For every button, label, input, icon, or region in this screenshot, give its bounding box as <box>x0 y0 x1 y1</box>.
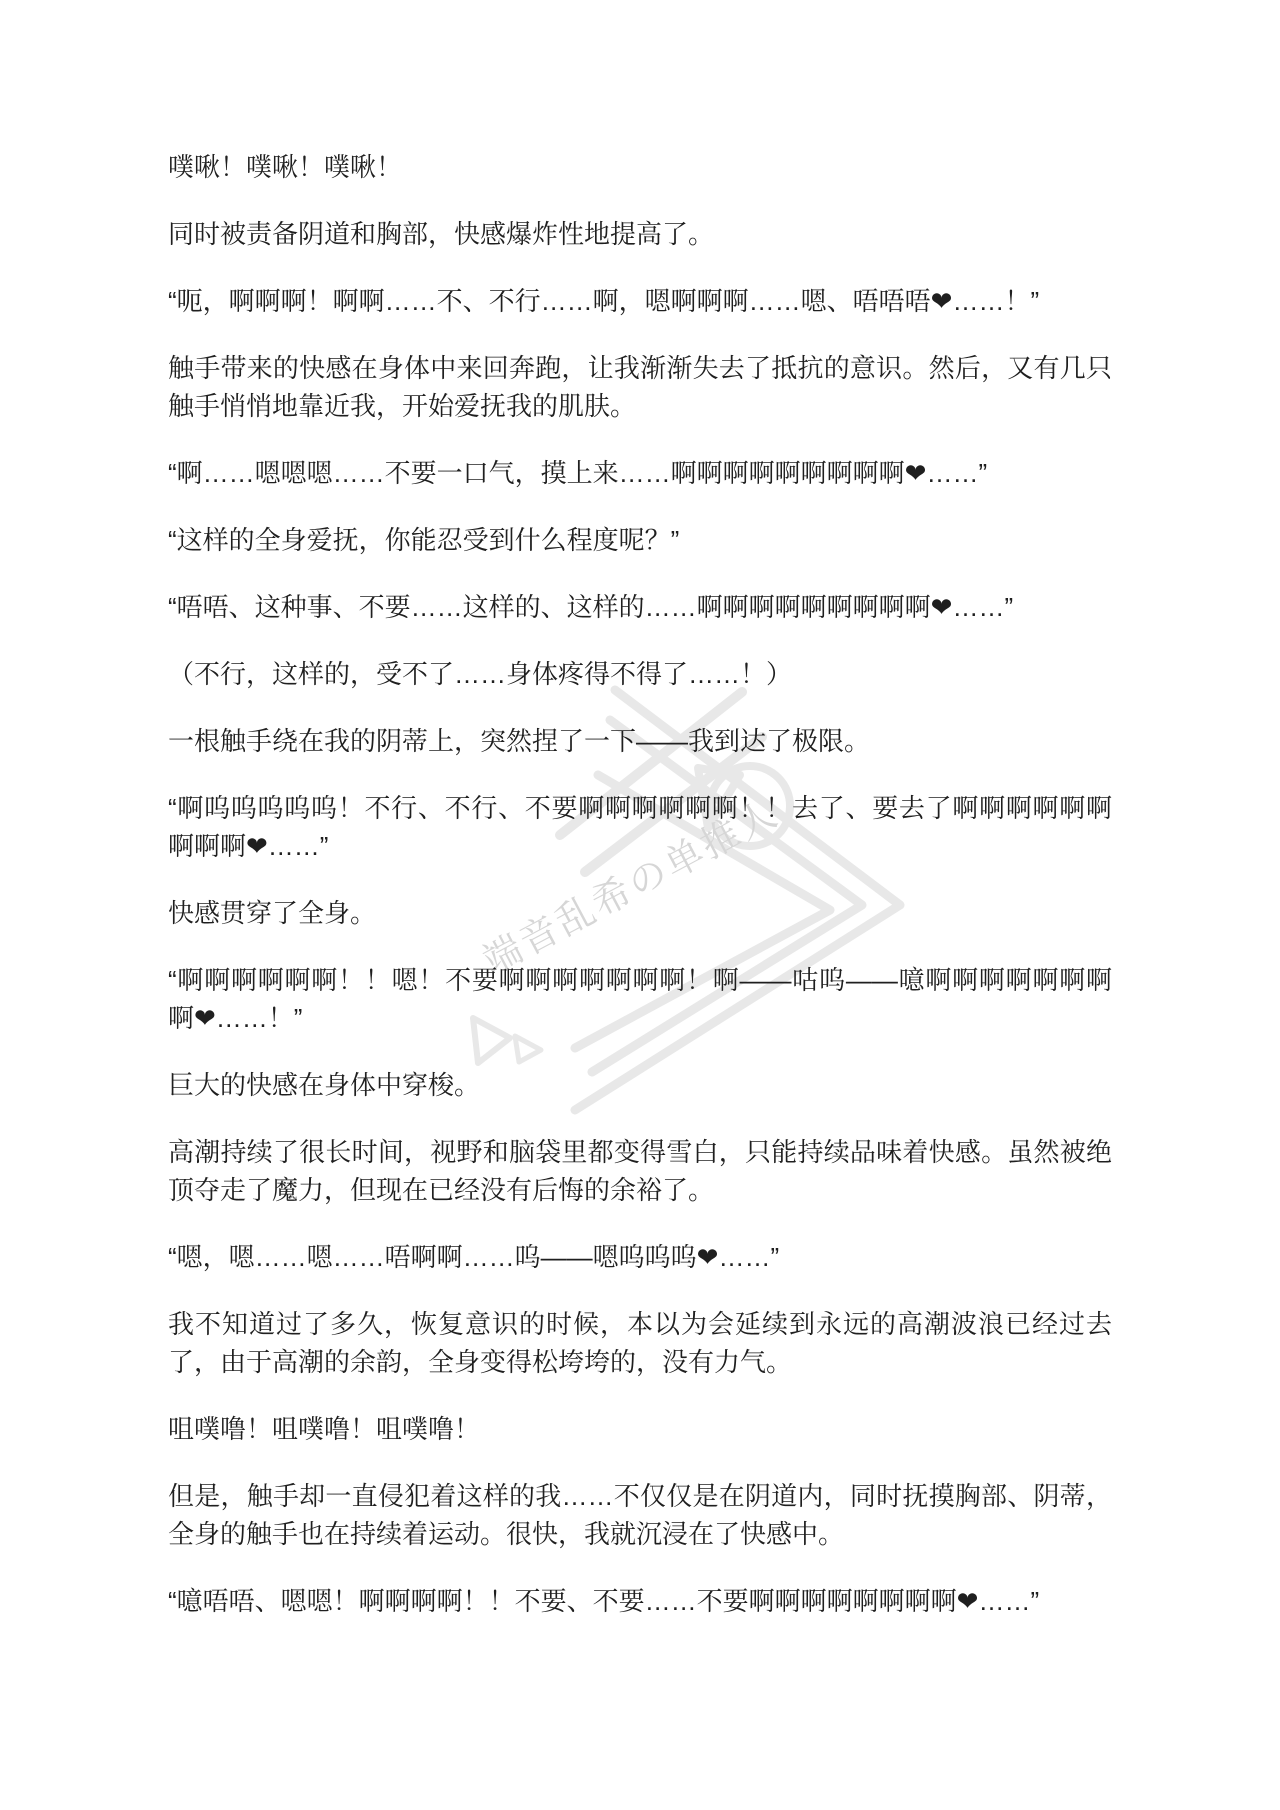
paragraph: “呃，啊啊啊！啊啊……不、不行……啊，嗯啊啊啊……嗯、唔唔唔❤……！” <box>168 282 1112 320</box>
paragraph: 咀噗噜！咀噗噜！咀噗噜！ <box>168 1410 1112 1448</box>
paragraph: “唔唔、这种事、不要……这样的、这样的……啊啊啊啊啊啊啊啊啊❤……” <box>168 588 1112 626</box>
paragraph: 触手带来的快感在身体中来回奔跑，让我渐渐失去了抵抗的意识。然后，又有几只触手悄悄… <box>168 349 1112 425</box>
paragraph: “嗯，嗯……嗯……唔啊啊……呜——嗯呜呜呜❤……” <box>168 1238 1112 1276</box>
paragraph: 高潮持续了很长时间，视野和脑袋里都变得雪白，只能持续品味着快感。虽然被绝顶夺走了… <box>168 1133 1112 1209</box>
paragraph: 我不知道过了多久，恢复意识的时候，本以为会延续到永远的高潮波浪已经过去了，由于高… <box>168 1305 1112 1381</box>
paragraph: “啊呜呜呜呜呜！不行、不行、不要啊啊啊啊啊啊！！去了、要去了啊啊啊啊啊啊啊啊啊❤… <box>168 789 1112 865</box>
paragraph: “这样的全身爱抚，你能忍受到什么程度呢？” <box>168 521 1112 559</box>
paragraph: “啊……嗯嗯嗯……不要一口气，摸上来……啊啊啊啊啊啊啊啊啊❤……” <box>168 454 1112 492</box>
novel-page: 端音乱希の单推人 噗啾！噗啾！噗啾！同时被责备阴道和胸部，快感爆炸性地提高了。“… <box>0 0 1280 1810</box>
novel-text-content: 噗啾！噗啾！噗啾！同时被责备阴道和胸部，快感爆炸性地提高了。“呃，啊啊啊！啊啊…… <box>168 0 1112 1649</box>
paragraph: 巨大的快感在身体中穿梭。 <box>168 1066 1112 1104</box>
paragraph: “啊啊啊啊啊啊！！嗯！不要啊啊啊啊啊啊啊！啊——咕呜——噫啊啊啊啊啊啊啊啊❤……… <box>168 961 1112 1037</box>
paragraph: 同时被责备阴道和胸部，快感爆炸性地提高了。 <box>168 215 1112 253</box>
paragraph: 噗啾！噗啾！噗啾！ <box>168 148 1112 186</box>
paragraph: 一根触手绕在我的阴蒂上，突然捏了一下——我到达了极限。 <box>168 722 1112 760</box>
paragraph: （不行，这样的，受不了……身体疼得不得了……！） <box>168 655 1112 693</box>
paragraph: 但是，触手却一直侵犯着这样的我……不仅仅是在阴道内，同时抚摸胸部、阴蒂，全身的触… <box>168 1477 1112 1553</box>
paragraph: “噫唔唔、嗯嗯！啊啊啊啊！！不要、不要……不要啊啊啊啊啊啊啊啊❤……” <box>168 1582 1112 1620</box>
paragraph: 快感贯穿了全身。 <box>168 894 1112 932</box>
